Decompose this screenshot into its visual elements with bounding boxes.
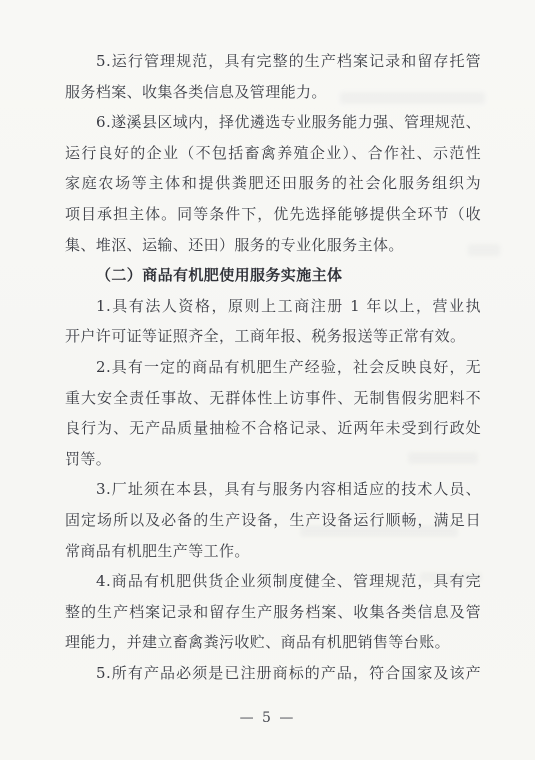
text-line: 常商品有机肥生产等工作。	[65, 536, 481, 567]
text-line: 3.厂址须在本县，具有与服务内容相适应的技术人员、	[65, 474, 481, 505]
text-line: 5.所有产品必须是已注册商标的产品，符合国家及该产	[65, 658, 481, 689]
text-line: 罚等。	[65, 444, 481, 475]
document-body: 5.运行管理规范，具有完整的生产档案记录和留存托管服务档案、收集各类信息及管理能…	[65, 46, 481, 688]
text-line: 理能力，并建立畜禽粪污收贮、商品有机肥销售等台账。	[65, 627, 481, 658]
text-line: 家庭农场等主体和提供粪肥还田服务的社会化服务组织为	[65, 168, 481, 199]
text-line: 服务档案、收集各类信息及管理能力。	[65, 77, 481, 108]
text-line: 1.具有法人资格，原则上工商注册 1 年以上，营业执照、	[65, 291, 481, 322]
text-line: 2.具有一定的商品有机肥生产经验，社会反映良好，无	[65, 352, 481, 383]
page-number: — 5 —	[0, 706, 535, 730]
text-line: 4.商品有机肥供货企业须制度健全、管理规范，具有完	[65, 566, 481, 597]
text-line: 固定场所以及必备的生产设备，生产设备运行顺畅，满足日	[65, 505, 481, 536]
text-line: 6.遂溪县区域内，择优遴选专业服务能力强、管理规范、	[65, 107, 481, 138]
text-line: 项目承担主体。同等条件下，优先选择能够提供全环节（收	[65, 199, 481, 230]
text-line: 开户许可证等证照齐全，工商年报、税务报送等正常有效。	[65, 321, 481, 352]
text-line: 整的生产档案记录和留存生产服务档案、收集各类信息及管	[65, 597, 481, 628]
text-line: 集、堆沤、运输、还田）服务的专业化服务主体。	[65, 230, 481, 261]
text-line: 运行良好的企业（不包括畜禽养殖企业）、合作社、示范性	[65, 138, 481, 169]
text-line: 良行为、无产品质量抽检不合格记录、近两年未受到行政处	[65, 413, 481, 444]
text-line: 5.运行管理规范，具有完整的生产档案记录和留存托管	[65, 46, 481, 77]
scanned-document-page: 5.运行管理规范，具有完整的生产档案记录和留存托管服务档案、收集各类信息及管理能…	[0, 0, 535, 760]
section-heading-line: （二）商品有机肥使用服务实施主体	[65, 260, 481, 291]
text-line: 重大安全责任事故、无群体性上访事件、无制售假劣肥料不	[65, 383, 481, 414]
